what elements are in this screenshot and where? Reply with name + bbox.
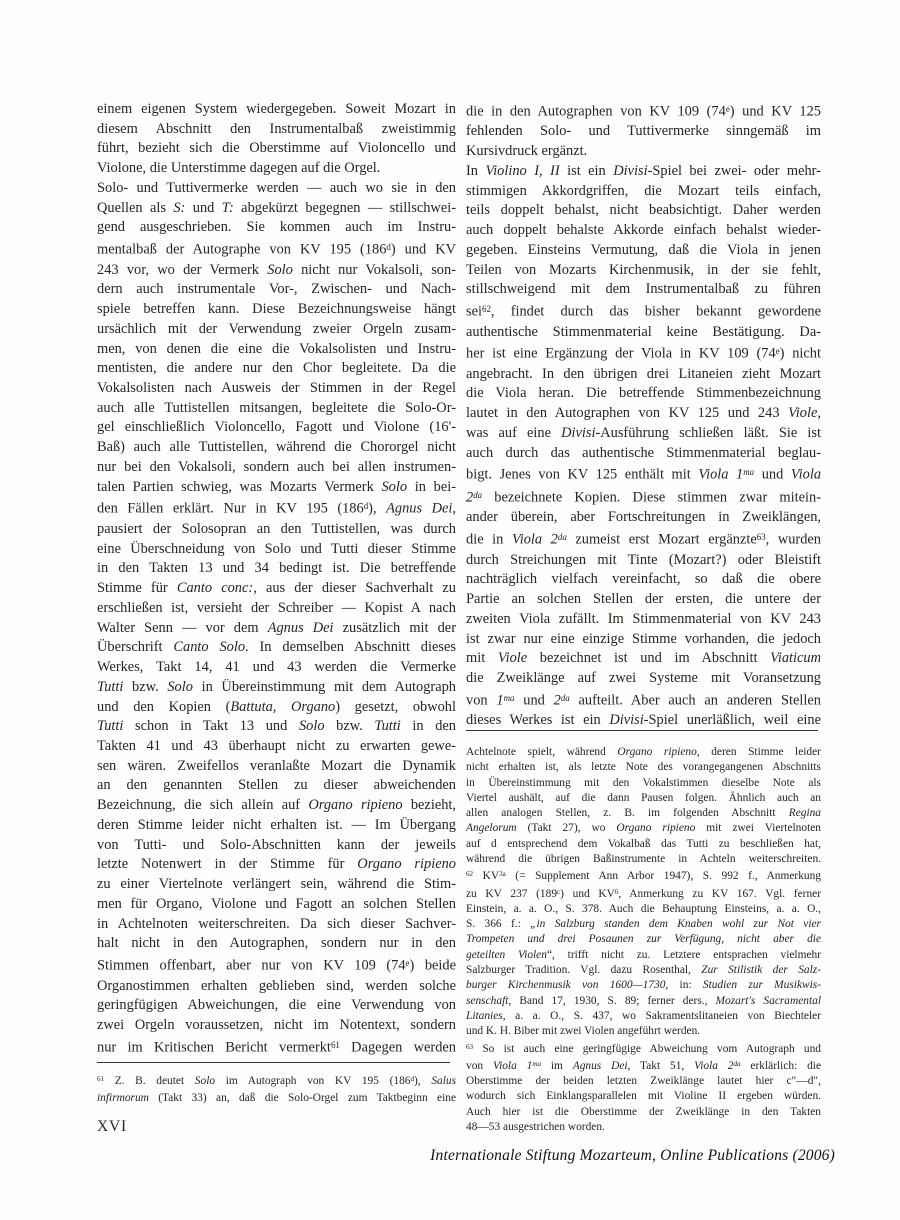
italic-text: 1 bbox=[496, 692, 503, 708]
italic-text: Solo bbox=[195, 1075, 215, 1087]
text-line: lautet in den Autographen von KV 125 und… bbox=[466, 404, 821, 424]
text-line: führt, bezieht sich die Oberstimme auf V… bbox=[97, 139, 456, 159]
text-line: infirmorum (Takt 33) an, daß die Solo-Or… bbox=[97, 1090, 456, 1107]
text-line: Viertel aushält, auf die dann Pausen fol… bbox=[466, 791, 821, 806]
italic-text: „in Salzburg standen dem Knaben wohl zur… bbox=[530, 918, 821, 930]
text-line: men für Organo, Violone und Fagott an so… bbox=[97, 895, 456, 915]
superscript-text: da bbox=[473, 490, 482, 500]
text-line: sen wären. Zweifellos veranlaßte Mozart … bbox=[97, 757, 456, 777]
italic-text: Zur Stilistik der Salz- bbox=[701, 964, 821, 976]
superscript-text: 3a bbox=[499, 870, 506, 878]
text-line: von Viola 1ma im Agnus Dei, Takt 51, Vio… bbox=[466, 1057, 821, 1074]
superscript-text: da bbox=[558, 532, 567, 542]
superscript-text: 6 bbox=[615, 888, 619, 896]
text-line: wodurch sich Einklangsparallelen mit Vio… bbox=[466, 1089, 821, 1104]
text-line: spiele betreffen kann. Diese Bezeichnung… bbox=[97, 300, 456, 320]
text-line: S. 366 f.: „in Salzburg standen dem Knab… bbox=[466, 917, 821, 932]
italic-text: 2 bbox=[554, 692, 561, 708]
text-line: pausiert der Solosopran an den Tuttistel… bbox=[97, 520, 456, 540]
text-line: Takten 41 und 43 überhaupt nicht zu erwa… bbox=[97, 737, 456, 757]
superscript-text: 62 bbox=[466, 870, 473, 878]
superscript-text: da bbox=[561, 693, 570, 703]
superscript-text: d bbox=[386, 242, 390, 252]
text-line: mit Viole bezeichnet ist und im Abschnit… bbox=[466, 649, 821, 669]
text-line: ursächlich mit der Verwendung zweier Org… bbox=[97, 320, 456, 340]
text-line: während die übrigen Baßinstrumente in Ac… bbox=[466, 852, 821, 867]
superscript-text: ma bbox=[532, 1060, 541, 1068]
text-line: auf d entsprechend dem Vokalbaß das Tutt… bbox=[466, 837, 821, 852]
text-line: Achtelnote spielt, während Organo ripien… bbox=[466, 745, 821, 760]
text-line: sei62, findet durch das bisher bekannt g… bbox=[466, 300, 821, 322]
text-line: diesem Abschnitt den Instrumentalbaß zwe… bbox=[97, 120, 456, 140]
text-line: Tutti bzw. Solo in Übereinstimmung mit d… bbox=[97, 678, 456, 698]
footnote-separator-right bbox=[466, 730, 818, 731]
text-line: geringfügigen Abweichungen, die eine Ver… bbox=[97, 996, 456, 1016]
superscript-text: d bbox=[364, 501, 368, 511]
text-line: stimmigen Akkordgriffen, die Mozart teil… bbox=[466, 182, 821, 202]
italic-text: Tutti bbox=[97, 718, 123, 734]
italic-text: Litanies bbox=[466, 1010, 503, 1022]
text-line: teils doppelt behalst, nicht beabsichtig… bbox=[466, 201, 821, 221]
italic-text: Agnus Dei bbox=[573, 1060, 628, 1072]
superscript-text: 61 bbox=[97, 1075, 104, 1083]
text-line: Quellen als S: und T: abgekürzt begegnen… bbox=[97, 199, 456, 219]
text-line: halt nicht in den Autographen, sondern n… bbox=[97, 934, 456, 954]
text-line: angebracht. In den übrigen drei Litaneie… bbox=[466, 365, 821, 385]
text-line: 62 KV3a (= Supplement Ann Arbor 1947), S… bbox=[466, 867, 821, 884]
text-line: Stimmen offenbart, aber nur von KV 109 (… bbox=[97, 954, 456, 976]
text-line: in den Takten 13 und 34 bedingt ist. Die… bbox=[97, 559, 456, 579]
italic-text: Agnus Dei bbox=[268, 620, 334, 636]
text-line: Violone, die Unterstimme dagegen auf die… bbox=[97, 159, 456, 179]
right-column-body-text: die in den Autographen von KV 109 (74e) … bbox=[466, 100, 821, 731]
text-line: zu KV 237 (189c) und KV6, Anmerkung zu K… bbox=[466, 885, 821, 902]
text-line: letzte Notenwert in der Stimme für Organ… bbox=[97, 855, 456, 875]
superscript-text: e bbox=[406, 958, 410, 968]
italic-text: Canto conc: bbox=[177, 580, 253, 596]
italic-text: Violino I, II bbox=[485, 163, 559, 179]
text-line: dieses Werkes ist ein Divisi-Spiel unerl… bbox=[466, 711, 821, 731]
italic-text: Regina bbox=[789, 807, 821, 819]
italic-text: senschaft bbox=[466, 995, 508, 1007]
text-line: durch Streichungen mit Tinte (Mozart?) o… bbox=[466, 551, 821, 571]
right-column-footnotes: Achtelnote spielt, während Organo ripien… bbox=[466, 745, 821, 1135]
text-line: auch durch das authentische Stimmenmater… bbox=[466, 444, 821, 464]
text-line: allen analogen Stellen, z. B. im folgend… bbox=[466, 806, 821, 821]
italic-text: Solo bbox=[267, 262, 293, 278]
text-line: auch doppelt behalste Akkorde einfach be… bbox=[466, 221, 821, 241]
text-line: 243 vor, wo der Vermerk Solo nicht nur V… bbox=[97, 261, 456, 281]
italic-text: geteilten Violen bbox=[466, 949, 547, 961]
text-line: von Tutti- und Solo-Abschnitten kann der… bbox=[97, 836, 456, 856]
footer-credit: Internationale Stiftung Mozarteum, Onlin… bbox=[430, 1147, 835, 1165]
text-line: geteilten Violen“, trifft nicht zu. Letz… bbox=[466, 948, 821, 963]
superscript-text: 61 bbox=[331, 1040, 340, 1050]
superscript-text: e bbox=[726, 104, 730, 114]
text-line: 2da bezeichnete Kopien. Diese stimmen zw… bbox=[466, 486, 821, 508]
text-line: Teilen von Mozarts Kirchenmusik, in der … bbox=[466, 261, 821, 281]
text-line: Tutti schon in Takt 13 und Solo bzw. Tut… bbox=[97, 717, 456, 737]
italic-text: Mozart's Sacramental bbox=[716, 995, 821, 1007]
italic-text: Viole bbox=[788, 405, 817, 421]
italic-text: Agnus Dei bbox=[386, 501, 452, 517]
text-line: die in Viola 2da zumeist erst Mozart erg… bbox=[466, 528, 821, 550]
italic-text: Viole bbox=[498, 650, 527, 666]
superscript-text: 63 bbox=[466, 1043, 473, 1051]
text-line: men, von denen die eine die Vokalsoliste… bbox=[97, 340, 456, 360]
superscript-text: da bbox=[734, 1060, 741, 1068]
italic-text: Canto Solo bbox=[173, 639, 245, 655]
superscript-text: 62 bbox=[482, 304, 491, 314]
superscript-text: ma bbox=[743, 467, 754, 477]
text-line: deren Stimme leider nicht erhalten ist. … bbox=[97, 816, 456, 836]
text-line: mentisten, die andere nur den Chor begle… bbox=[97, 359, 456, 379]
italic-text: Organo ripieno bbox=[617, 746, 696, 758]
text-line: von 1ma und 2da aufteilt. Aber auch an a… bbox=[466, 689, 821, 711]
text-line: in Übereinstimmung mit den Vokalstimmen … bbox=[466, 776, 821, 791]
text-line: Vokalsolisten nach Ausweis der Stimmen i… bbox=[97, 379, 456, 399]
page-number: XVI bbox=[97, 1118, 127, 1136]
text-line: authentische Stimmenmaterial keine Bestä… bbox=[466, 323, 821, 343]
italic-text: Studien zur Musikwis- bbox=[703, 979, 821, 991]
italic-text: Divisi bbox=[613, 163, 647, 179]
text-line: fehlenden Solo- und Tuttivermerke sinnge… bbox=[466, 122, 821, 142]
text-line: nicht erhalten ist, als letzte Note des … bbox=[466, 760, 821, 775]
text-line: nur bei den Vokalsoli, sondern auch bei … bbox=[97, 458, 456, 478]
text-line: zu einer Viertelnote verlängert sein, wä… bbox=[97, 875, 456, 895]
italic-text: burger Kirchenmusik von 1600—1730 bbox=[466, 979, 665, 991]
italic-text: Trompeten und drei Posaunen zur Verfügun… bbox=[466, 933, 821, 945]
text-line: Trompeten und drei Posaunen zur Verfügun… bbox=[466, 932, 821, 947]
scanned-document-page: einem eigenen System wiedergegeben. Sowe… bbox=[0, 0, 900, 1220]
text-line: bigt. Jenes von KV 125 enthält mit Viola… bbox=[466, 463, 821, 485]
italic-text: Viola bbox=[791, 467, 821, 483]
text-line: einem eigenen System wiedergegeben. Sowe… bbox=[97, 100, 456, 120]
text-line: gel einschließlich Violoncello, Fagott u… bbox=[97, 418, 456, 438]
italic-text: Angelorum bbox=[466, 822, 517, 834]
superscript-text: ma bbox=[504, 693, 515, 703]
italic-text: Battuta, Organo bbox=[230, 699, 335, 715]
text-line: her ist eine Ergänzung der Viola in KV 1… bbox=[466, 342, 821, 364]
italic-text: Solo bbox=[299, 718, 325, 734]
text-line: Walter Senn — vor dem Agnus Dei zusätzli… bbox=[97, 619, 456, 639]
italic-text: Tutti bbox=[97, 679, 123, 695]
text-line: Überschrift Canto Solo. In demselben Abs… bbox=[97, 638, 456, 658]
italic-text: Viola 1 bbox=[493, 1060, 532, 1072]
text-line: Partie an solchen Stellen der ersten, di… bbox=[466, 590, 821, 610]
text-line: senschaft, Band 17, 1930, S. 89; ferner … bbox=[466, 994, 821, 1009]
text-line: nachträglich vielfach vereinfacht, so da… bbox=[466, 570, 821, 590]
text-line: Bezeichnung, die sich allein auf Organo … bbox=[97, 796, 456, 816]
text-line: gend ausgeschrieben. Sie kommen auch im … bbox=[97, 218, 456, 238]
italic-text: Tutti bbox=[374, 718, 400, 734]
text-line: die in den Autographen von KV 109 (74e) … bbox=[466, 100, 821, 122]
superscript-text: 63 bbox=[757, 532, 766, 542]
text-line: Werkes, Takt 14, 41 und 43 werden die Ve… bbox=[97, 658, 456, 678]
text-line: Organostimmen erhalten geblieben sind, w… bbox=[97, 977, 456, 997]
text-line: eine Überschneidung von Solo und Tutti d… bbox=[97, 540, 456, 560]
italic-text: Divisi bbox=[561, 425, 595, 441]
text-line: Solo- und Tuttivermerke werden — auch wo… bbox=[97, 179, 456, 199]
text-line: an den genannten Stellen zu dieser abwei… bbox=[97, 776, 456, 796]
text-line: und K. H. Biber mit zwei Violen angeführ… bbox=[466, 1024, 821, 1039]
text-line: zweiten Viola zufällt. Im Stimmenmateria… bbox=[466, 610, 821, 630]
text-line: erschließen ist, versieht der Schreiber … bbox=[97, 599, 456, 619]
text-line: Litanies, a. a. O., S. 437, wo Sakrament… bbox=[466, 1009, 821, 1024]
text-line: gegeben. Einsteins Vermutung, daß die Vi… bbox=[466, 241, 821, 261]
italic-text: T: bbox=[222, 200, 234, 216]
italic-text: Salus bbox=[431, 1075, 456, 1087]
left-column-footnotes: 61 Z. B. deutet Solo im Autograph von KV… bbox=[97, 1071, 456, 1106]
text-line: dern auch instrumentale Vor-, Zwischen- … bbox=[97, 280, 456, 300]
text-line: 61 Z. B. deutet Solo im Autograph von KV… bbox=[97, 1071, 456, 1090]
text-line: den Fällen erklärt. Nur in KV 195 (186d)… bbox=[97, 497, 456, 519]
italic-text: Solo bbox=[381, 479, 407, 495]
text-line: Einstein, a. a. O., S. 378. Auch die Beh… bbox=[466, 902, 821, 917]
text-line: In Violino I, II ist ein Divisi-Spiel be… bbox=[466, 162, 821, 182]
footnote-separator-left bbox=[97, 1062, 450, 1063]
italic-text: Viaticum bbox=[770, 650, 821, 666]
text-line: 48—53 ausgestrichen worden. bbox=[466, 1120, 821, 1135]
text-line: talen Partien schwieg, was Mozarts Verme… bbox=[97, 478, 456, 498]
text-line: Kursivdruck ergänzt. bbox=[466, 142, 821, 162]
italic-text: Divisi bbox=[609, 712, 643, 728]
text-line: was auf eine Divisi-Ausführung schließen… bbox=[466, 424, 821, 444]
text-line: auch alle Tuttistellen mitsangen, beglei… bbox=[97, 399, 456, 419]
text-line: Baß) auch alle Tuttistellen, während die… bbox=[97, 438, 456, 458]
italic-text: Solo bbox=[167, 679, 193, 695]
text-line: 63 So ist auch eine geringfügige Abweich… bbox=[466, 1040, 821, 1057]
italic-text: infirmorum bbox=[97, 1092, 149, 1104]
text-line: Stimme für Canto conc:, aus der dieser S… bbox=[97, 579, 456, 599]
italic-text: Viola 1 bbox=[698, 467, 743, 483]
text-line: mentalbaß der Autographe von KV 195 (186… bbox=[97, 238, 456, 260]
italic-text: Organo ripieno bbox=[357, 856, 456, 872]
superscript-text: d bbox=[410, 1075, 414, 1083]
text-line: stillschweigend mit dem Instrumentalbaß … bbox=[466, 280, 821, 300]
text-line: ander überein, aber Fortschreitungen in … bbox=[466, 508, 821, 528]
text-line: die Zweiklänge auf zwei Systeme mit Vora… bbox=[466, 669, 821, 689]
text-line: ist zwar nur eine einzige Stimme vorhand… bbox=[466, 630, 821, 650]
italic-text: Organo ripieno bbox=[616, 822, 695, 834]
text-line: zwei Orgeln voraussetzen, nicht im Noten… bbox=[97, 1016, 456, 1036]
text-line: Oberstimme der beiden letzten Zweiklänge… bbox=[466, 1074, 821, 1089]
superscript-text: c bbox=[557, 888, 560, 896]
text-line: die Viola heran. Die betreffende Stimmen… bbox=[466, 384, 821, 404]
italic-text: Organo ripieno bbox=[308, 797, 402, 813]
text-line: Angelorum (Takt 27), wo Organo ripieno m… bbox=[466, 821, 821, 836]
text-line: nur im Kritischen Bericht vermerkt61 Dag… bbox=[97, 1036, 456, 1058]
text-line: und den Kopien (Battuta, Organo) gesetzt… bbox=[97, 698, 456, 718]
text-line: burger Kirchenmusik von 1600—1730, in: S… bbox=[466, 978, 821, 993]
superscript-text: e bbox=[776, 346, 780, 356]
italic-text: Viola 2 bbox=[694, 1060, 733, 1072]
text-line: Salzburger Tradition. Vgl. dazu Rosentha… bbox=[466, 963, 821, 978]
left-column-body-text: einem eigenen System wiedergegeben. Sowe… bbox=[97, 100, 456, 1058]
text-line: in Achtelnoten weiterschreiten. Da sich … bbox=[97, 915, 456, 935]
italic-text: Viola 2 bbox=[512, 532, 558, 548]
italic-text: S: bbox=[173, 200, 185, 216]
text-line: Auch hier ist die Oberstimme der Zweiklä… bbox=[466, 1105, 821, 1120]
